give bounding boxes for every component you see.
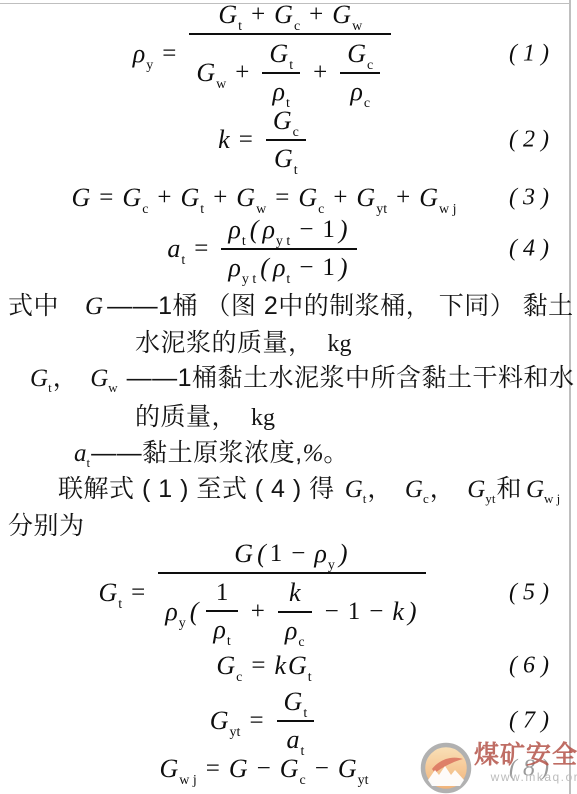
var-gw-subscript: w [108, 380, 117, 396]
equation-1: ρy=Gt+Gc+GwGw+Gtρt+Gcρc ( 1 ) [0, 4, 577, 104]
math-symbol: k [274, 651, 286, 681]
document-page: ρy=Gt+Gc+GwGw+Gtρt+Gcρc ( 1 ) k=GcGt ( 2… [0, 0, 577, 794]
var-gtgw-description-cont: 的质量， [135, 397, 237, 433]
solve-and-word: 和 [496, 469, 522, 505]
equation-2-body: k=GcGt [14, 110, 514, 170]
fraction: Gtat [277, 686, 315, 756]
math-paren: ) [339, 539, 348, 569]
math-subscript: t [200, 202, 204, 218]
math-subscript: c [294, 19, 300, 35]
fraction: GcGt [266, 105, 306, 175]
math-symbol: k [218, 125, 230, 155]
math-subscript: y [328, 558, 335, 574]
equation-2-number: ( 2 ) [509, 127, 549, 154]
fraction: kρc [278, 577, 312, 647]
math-symbol: ρy [165, 597, 185, 627]
separator-comma: ， [53, 358, 79, 394]
math-operator: + [333, 184, 347, 212]
math-operator: + [251, 598, 265, 626]
numerator: Gt+Gc+Gw [189, 0, 391, 33]
numerator: Gc [340, 38, 380, 72]
equation-1-number: ( 1 ) [509, 41, 549, 68]
math-symbol: ρt [273, 253, 290, 283]
math-subscript: t [242, 234, 246, 250]
numerator: 1 [206, 578, 237, 610]
math-symbol: Gt [181, 183, 205, 213]
numerator: Gt [277, 686, 315, 720]
math-subscript: t [289, 58, 293, 74]
numerator: G(1−ρy) [158, 538, 425, 572]
math-operator: = [194, 235, 208, 263]
equation-6: Gc=kGt ( 6 ) [0, 649, 577, 683]
sentence-period: 。 [323, 433, 349, 469]
var-g-description: ——1桶 （图 2中的制浆桶， 下同） 黏土 [107, 286, 574, 322]
equation-4-body: at=ρt(ρy t−1)ρy t(ρt−1) [14, 219, 514, 279]
math-symbol: Gw [236, 183, 266, 213]
math-symbol: ρy t [228, 253, 256, 283]
math-paren: ) [408, 597, 417, 627]
numerator: Gt [262, 38, 300, 72]
math-symbol: ρy [314, 539, 334, 569]
math-symbol: Gw [332, 0, 362, 30]
math-paren: ( [257, 539, 266, 569]
var-definition-at: at ——黏土原浆浓度, % 。 [74, 433, 349, 469]
math-operator: − [369, 598, 383, 626]
equation-2: k=GcGt ( 2 ) [0, 110, 577, 170]
math-symbol: ρc [285, 616, 305, 646]
math-symbol: Gyt [356, 183, 387, 213]
var-at-symbol: a [74, 440, 87, 468]
math-subscript: yt [230, 725, 241, 741]
math-symbol: Gt [284, 687, 308, 717]
math-subscript: w j [179, 773, 197, 789]
math-number: 1 [270, 540, 283, 568]
math-operator: = [239, 126, 253, 154]
math-number: 1 [216, 579, 229, 607]
solve-gt-subscript: t [363, 491, 367, 507]
math-operator: + [213, 184, 227, 212]
math-operator: − [299, 216, 313, 244]
fraction: Gcρc [340, 38, 380, 108]
math-symbol: ρt [273, 77, 290, 107]
math-subscript: c [367, 58, 373, 74]
math-paren: ) [339, 215, 348, 245]
var-g-symbol: G [85, 293, 103, 321]
math-symbol: G [72, 183, 91, 213]
math-symbol: Gt [218, 0, 242, 30]
equation-3: G=Gc+Gt+Gw=Gc+Gyt+Gw j ( 3 ) [0, 179, 577, 217]
denominator: ρy t(ρt−1) [221, 248, 356, 284]
var-gtgw-description: ——1桶黏土水泥浆中所含黏土干料和水 [127, 358, 575, 394]
math-operator: = [275, 184, 289, 212]
math-subscript: c [236, 670, 242, 686]
var-definition-gtgw-line2: 的质量， kg [135, 397, 275, 433]
math-operator: + [235, 59, 249, 87]
math-symbol: Gc [298, 183, 324, 213]
watermark-url: www.mkaq.org [491, 770, 577, 784]
solve-gc-symbol: G [405, 476, 423, 504]
math-symbol: Gt [288, 651, 312, 681]
math-subscript: c [293, 125, 299, 141]
var-gt-subscript: t [48, 380, 52, 396]
watermark-text: 煤矿安全网 www.mkaq.org [474, 742, 577, 784]
denominator: ρt [262, 72, 300, 108]
unit-kg-2: kg [251, 405, 275, 432]
solve-gyt-symbol: G [467, 476, 485, 504]
numerator: Gc [266, 105, 306, 139]
math-symbol: ρy t [262, 215, 290, 245]
math-symbol: Gt [98, 578, 122, 608]
math-symbol: Gyt [210, 706, 241, 736]
math-operator: + [396, 184, 410, 212]
math-subscript: y t [276, 234, 290, 250]
math-paren: ( [250, 215, 259, 245]
equation-5: Gt=G(1−ρy)ρy(1ρt+kρc−1−k) ( 5 ) [0, 545, 577, 641]
math-subscript: yt [376, 202, 387, 218]
denominator: ρc [278, 611, 312, 647]
unit-percent: % [303, 440, 324, 468]
math-subscript: w [352, 19, 362, 35]
math-operator: = [131, 579, 145, 607]
unit-kg: kg [328, 331, 352, 358]
equation-3-number: ( 3 ) [509, 185, 549, 212]
math-symbol: Gt [269, 39, 293, 69]
math-operator: + [309, 1, 323, 29]
fraction: Gtρt [262, 38, 300, 108]
var-definition-gtgw-line1: Gt， Gw ——1桶黏土水泥浆中所含黏土干料和水 [30, 358, 575, 394]
math-symbol: ρt [213, 615, 230, 645]
math-symbol: Gw [196, 58, 226, 88]
math-symbol: Gw j [159, 754, 196, 784]
math-operator: = [162, 40, 176, 68]
math-operator: − [257, 755, 271, 783]
math-subscript: w [216, 77, 226, 93]
watermark: 煤矿安全网 www.mkaq.org [420, 742, 577, 794]
math-operator: − [299, 254, 313, 282]
var-g-description-cont: 水泥浆的质量， [135, 323, 314, 359]
math-symbol: Gc [280, 754, 306, 784]
math-paren: ) [339, 253, 348, 283]
fraction: G(1−ρy)ρy(1ρt+kρc−1−k) [158, 538, 425, 648]
numerator: ρt(ρy t−1) [221, 214, 356, 248]
math-symbol: Gyt [338, 754, 369, 784]
solve-gc-subscript: c [423, 491, 429, 507]
var-definition-g-line1: 式中 G ——1桶 （图 2中的制浆桶， 下同） 黏土 [8, 286, 574, 322]
denominator: ρt [206, 610, 237, 646]
var-gt-symbol: G [30, 365, 48, 393]
math-symbol: Gw j [419, 183, 456, 213]
denominator: Gw+Gtρt+Gcρc [189, 33, 391, 109]
math-symbol: Gc [347, 39, 373, 69]
denominator: ρc [340, 72, 380, 108]
math-subscript: t [294, 163, 298, 179]
math-symbol: ρc [350, 77, 370, 107]
where-label: 式中 [8, 286, 59, 322]
math-subscript: yt [358, 773, 369, 789]
math-operator: = [249, 707, 263, 735]
solve-gwj-symbol: G [526, 476, 544, 504]
math-symbol: at [167, 234, 185, 264]
solve-separator-2: ， [430, 469, 456, 505]
math-operator: = [251, 652, 265, 680]
solve-gwj-subscript: w j [544, 491, 560, 507]
solve-paragraph-line2: 分别为 [8, 506, 85, 542]
numerator: k [278, 577, 312, 611]
math-symbol: ρt [228, 215, 245, 245]
math-symbol: Gc [274, 0, 300, 30]
fraction: ρt(ρy t−1)ρy t(ρt−1) [221, 214, 356, 284]
var-at-description: ——黏土原浆浓度, [91, 433, 302, 469]
math-operator: = [99, 184, 113, 212]
var-gw-symbol: G [90, 365, 108, 393]
math-symbol: Gc [273, 106, 299, 136]
solve-gt-symbol: G [345, 476, 363, 504]
math-paren: ( [260, 253, 269, 283]
equation-6-number: ( 6 ) [509, 653, 549, 680]
math-paren: ( [190, 597, 199, 627]
math-symbol: k [392, 597, 404, 627]
math-subscript: t [303, 706, 307, 722]
equation-6-body: Gc=kGt [14, 649, 514, 683]
coal-mine-safety-logo-icon [420, 742, 472, 794]
math-subscript: t [118, 597, 122, 613]
equation-1-body: ρy=Gt+Gc+GwGw+Gtρt+Gcρc [14, 4, 514, 104]
math-operator: + [313, 59, 327, 87]
math-subscript: t [308, 670, 312, 686]
equation-7-number: ( 7 ) [509, 708, 549, 735]
math-subscript: y [146, 58, 153, 74]
math-subscript: c [142, 202, 148, 218]
math-symbol: k [289, 578, 301, 608]
equation-4: at=ρt(ρy t−1)ρy t(ρt−1) ( 4 ) [0, 219, 577, 279]
equation-3-body: G=Gc+Gt+Gw=Gc+Gyt+Gw j [14, 179, 514, 217]
solve-paragraph-line1: 联解式 ( 1 ) 至式 ( 4 ) 得 Gt， Gc， Gyt 和 Gw j [58, 469, 561, 505]
watermark-title: 煤矿安全网 [474, 742, 577, 769]
math-symbol: G [229, 754, 248, 784]
denominator: ρy(1ρt+kρc−1−k) [158, 572, 425, 648]
math-number: 1 [322, 254, 335, 282]
fraction: Gt+Gc+GwGw+Gtρt+Gcρc [189, 0, 391, 109]
math-subscript: w j [439, 202, 457, 218]
equation-4-number: ( 4 ) [509, 236, 549, 263]
math-symbol: G [234, 539, 253, 569]
math-symbol: ρy [133, 39, 153, 69]
math-number: 1 [322, 216, 335, 244]
equation-5-number: ( 5 ) [509, 580, 549, 607]
var-definition-g-line2: 水泥浆的质量， kg [135, 323, 352, 359]
math-symbol: Gt [274, 144, 298, 174]
math-operator: = [206, 755, 220, 783]
fraction: 1ρt [206, 578, 237, 646]
equation-5-body: Gt=G(1−ρy)ρy(1ρt+kρc−1−k) [14, 545, 514, 641]
solve-suffix: 分别为 [8, 506, 85, 542]
math-operator: + [251, 1, 265, 29]
math-symbol: Gc [122, 183, 148, 213]
solve-prefix: 联解式 ( 1 ) 至式 ( 4 ) 得 [58, 469, 335, 505]
math-subscript: t [238, 19, 242, 35]
math-subscript: y [179, 616, 186, 632]
solve-gyt-subscript: yt [485, 491, 495, 507]
solve-separator-1: ， [367, 469, 393, 505]
math-subscript: t [181, 253, 185, 269]
math-operator: − [325, 598, 339, 626]
math-number: 1 [348, 598, 361, 626]
math-symbol: Gc [216, 651, 242, 681]
math-operator: + [157, 184, 171, 212]
math-subscript: t [227, 634, 231, 650]
math-operator: − [315, 755, 329, 783]
denominator: Gt [266, 139, 306, 175]
math-subscript: c [300, 773, 306, 789]
math-operator: − [291, 540, 305, 568]
